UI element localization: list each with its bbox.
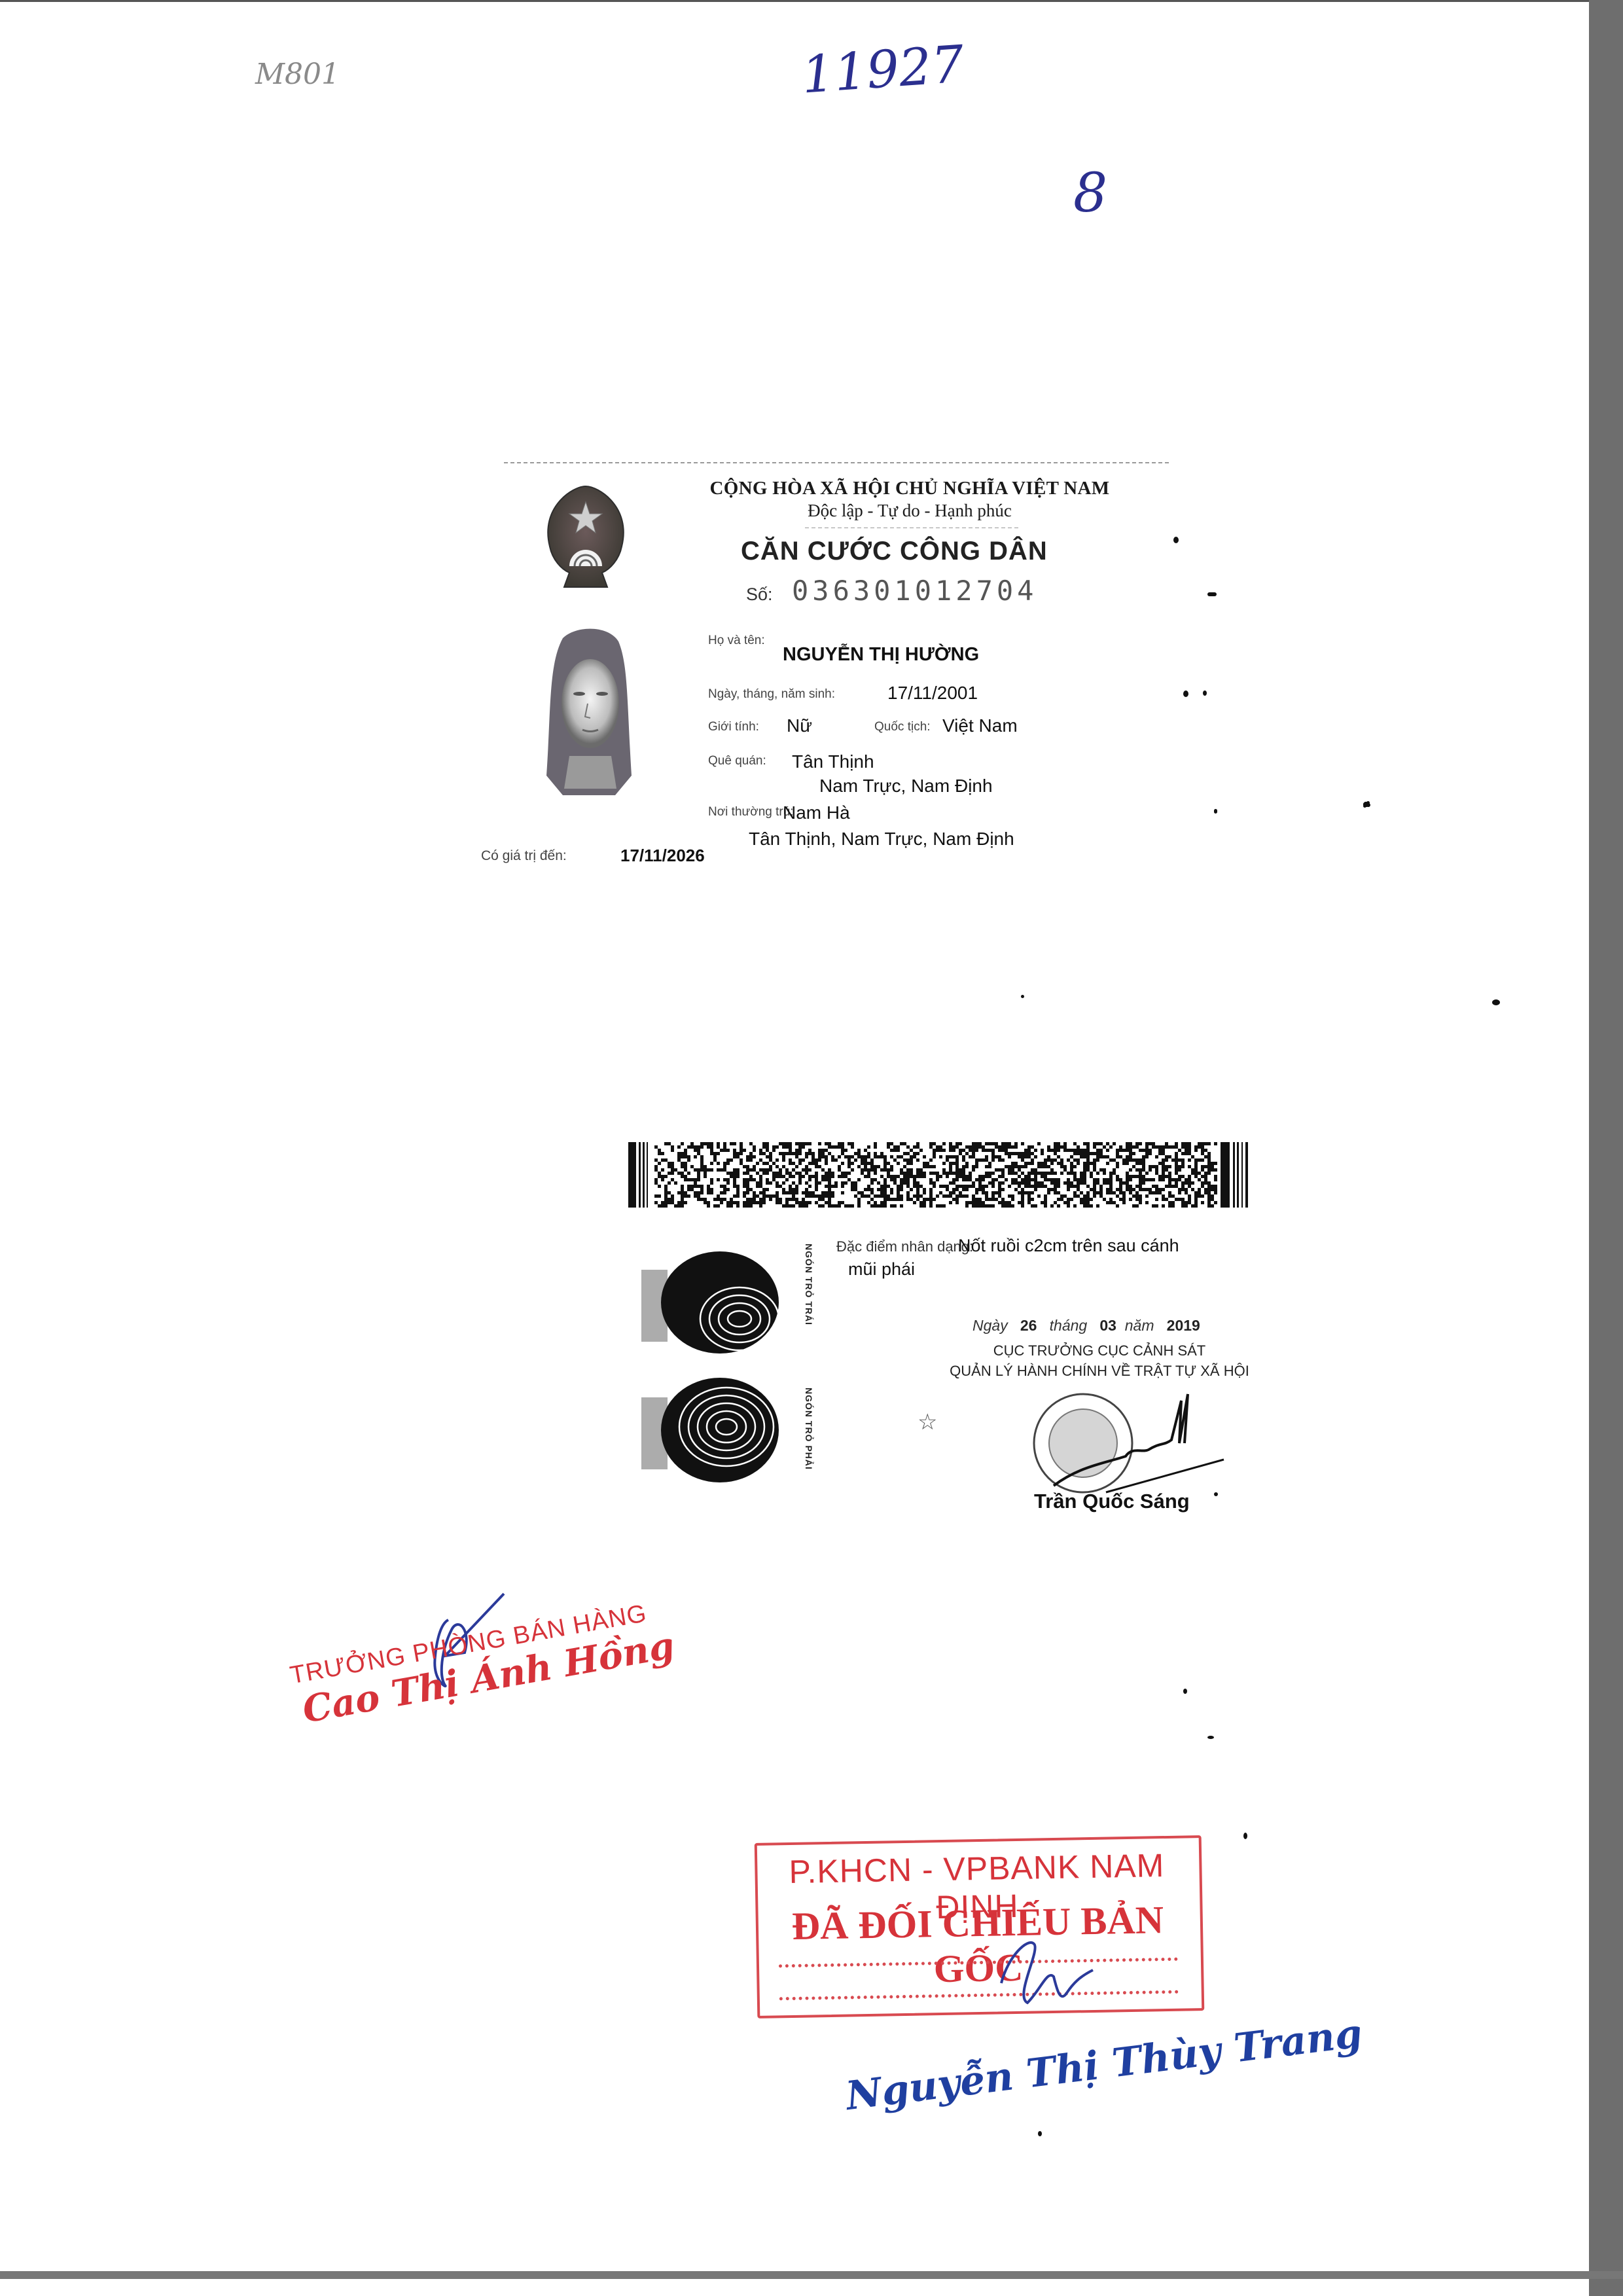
scan-speck bbox=[1207, 1736, 1214, 1739]
national-motto: Độc lập - Tự do - Hạnh phúc bbox=[707, 501, 1113, 521]
issuing-office: CỤC TRƯỞNG CỤC CẢNH SÁT QUẢN LÝ HÀNH CHÍ… bbox=[929, 1340, 1270, 1381]
scan-speck bbox=[1038, 2131, 1042, 2136]
portrait-photo bbox=[543, 625, 635, 815]
scanned-page: M801 11927 8 CỘNG HÒA XÃ HỘI CHỦ NGHĨA V… bbox=[0, 0, 1589, 2270]
country-name: CỘNG HÒA XÃ HỘI CHỦ NGHĨA VIỆT NAM bbox=[707, 478, 1113, 499]
scan-speck bbox=[1214, 1492, 1218, 1496]
scan-speck bbox=[1183, 1689, 1187, 1694]
sex-value: Nữ bbox=[787, 715, 812, 736]
residence-line2: Tân Thịnh, Nam Trực, Nam Định bbox=[749, 829, 1014, 850]
scan-edge-bottom bbox=[0, 2271, 1623, 2279]
scan-edge-top bbox=[0, 0, 1589, 2]
expiry-label: Có giá trị đến: bbox=[481, 848, 567, 864]
right-index-fingerprint bbox=[628, 1371, 779, 1489]
signer-name: Trần Quốc Sáng bbox=[1034, 1490, 1190, 1513]
id-number-value: 036301012704 bbox=[792, 575, 1037, 607]
handwritten-number: 11927 bbox=[800, 35, 966, 105]
issue-day: 26 bbox=[1020, 1317, 1037, 1334]
verifier-name: Nguyễn Thị Thùy Trang bbox=[844, 2011, 1365, 2119]
handwritten-code: M801 bbox=[255, 58, 340, 91]
full-name-label: Họ và tên: bbox=[708, 634, 765, 648]
scan-speck bbox=[1207, 592, 1217, 596]
sex-label: Giới tính: bbox=[708, 720, 759, 734]
issue-month: 03 bbox=[1099, 1317, 1116, 1334]
dob-value: 17/11/2001 bbox=[887, 683, 978, 704]
scan-edge-right bbox=[1589, 0, 1623, 2296]
national-emblem-icon bbox=[537, 481, 635, 592]
star-icon: ☆ bbox=[918, 1409, 937, 1435]
certified-text: ĐÃ ĐỐI CHIẾU BẢN GỐC bbox=[764, 1897, 1191, 1994]
scan-speck bbox=[1173, 537, 1179, 543]
scan-speck bbox=[1492, 999, 1500, 1005]
certified-copy-stamp: P.KHCN - VPBANK NAM ĐỊNH ĐÃ ĐỐI CHIẾU BẢ… bbox=[755, 1835, 1205, 2018]
handwritten-page-number: 8 bbox=[1073, 162, 1107, 224]
hometown-label: Quê quán: bbox=[708, 754, 766, 768]
residence-line1: Nam Hà bbox=[783, 802, 850, 823]
motto-underline bbox=[805, 528, 1021, 528]
card-title: CĂN CƯỚC CÔNG DÂN bbox=[741, 537, 1048, 566]
scan-speck bbox=[1203, 691, 1207, 696]
left-index-fingerprint bbox=[628, 1244, 779, 1361]
left-finger-label: NGÓN TRỎ TRÁI bbox=[804, 1244, 814, 1325]
full-name-value: NGUYỄN THỊ HƯỜNG bbox=[783, 644, 979, 666]
scan-speck bbox=[1021, 995, 1024, 998]
office-line2: QUẢN LÝ HÀNH CHÍNH VỀ TRẬT TỰ XÃ HỘI bbox=[929, 1361, 1270, 1381]
year-word: năm bbox=[1125, 1317, 1154, 1334]
expiry-value: 17/11/2026 bbox=[620, 846, 705, 866]
right-finger-label: NGÓN TRỎ PHẢI bbox=[804, 1388, 814, 1470]
hometown-line2: Nam Trực, Nam Định bbox=[819, 776, 993, 797]
id-number-label: Số: bbox=[746, 584, 773, 605]
scan-speck bbox=[1214, 810, 1217, 814]
scan-speck bbox=[1243, 1833, 1247, 1839]
day-word: Ngày bbox=[972, 1317, 1008, 1334]
features-label: Đặc điểm nhân dạng: bbox=[836, 1238, 973, 1255]
pdf417-barcode bbox=[628, 1142, 1250, 1208]
scan-speck bbox=[1183, 691, 1188, 697]
verifier-signature bbox=[988, 1931, 1099, 2016]
features-line1: Nốt ruồi c2cm trên sau cánh bbox=[958, 1236, 1179, 1256]
hometown-line1: Tân Thịnh bbox=[792, 751, 874, 772]
issue-date: Ngày 26 tháng 03 năm 2019 bbox=[972, 1317, 1200, 1335]
card-top-border bbox=[504, 462, 1171, 463]
dob-label: Ngày, tháng, năm sinh: bbox=[708, 687, 835, 702]
features-line2: mũi phái bbox=[848, 1259, 915, 1280]
month-word: tháng bbox=[1050, 1317, 1088, 1334]
office-line1: CỤC TRƯỞNG CỤC CẢNH SÁT bbox=[929, 1340, 1270, 1361]
nationality-value: Việt Nam bbox=[942, 715, 1018, 736]
issue-year: 2019 bbox=[1167, 1317, 1200, 1334]
residence-label: Nơi thường trú: bbox=[708, 805, 794, 819]
scan-speck bbox=[1364, 803, 1368, 806]
nationality-label: Quốc tịch: bbox=[874, 720, 931, 734]
